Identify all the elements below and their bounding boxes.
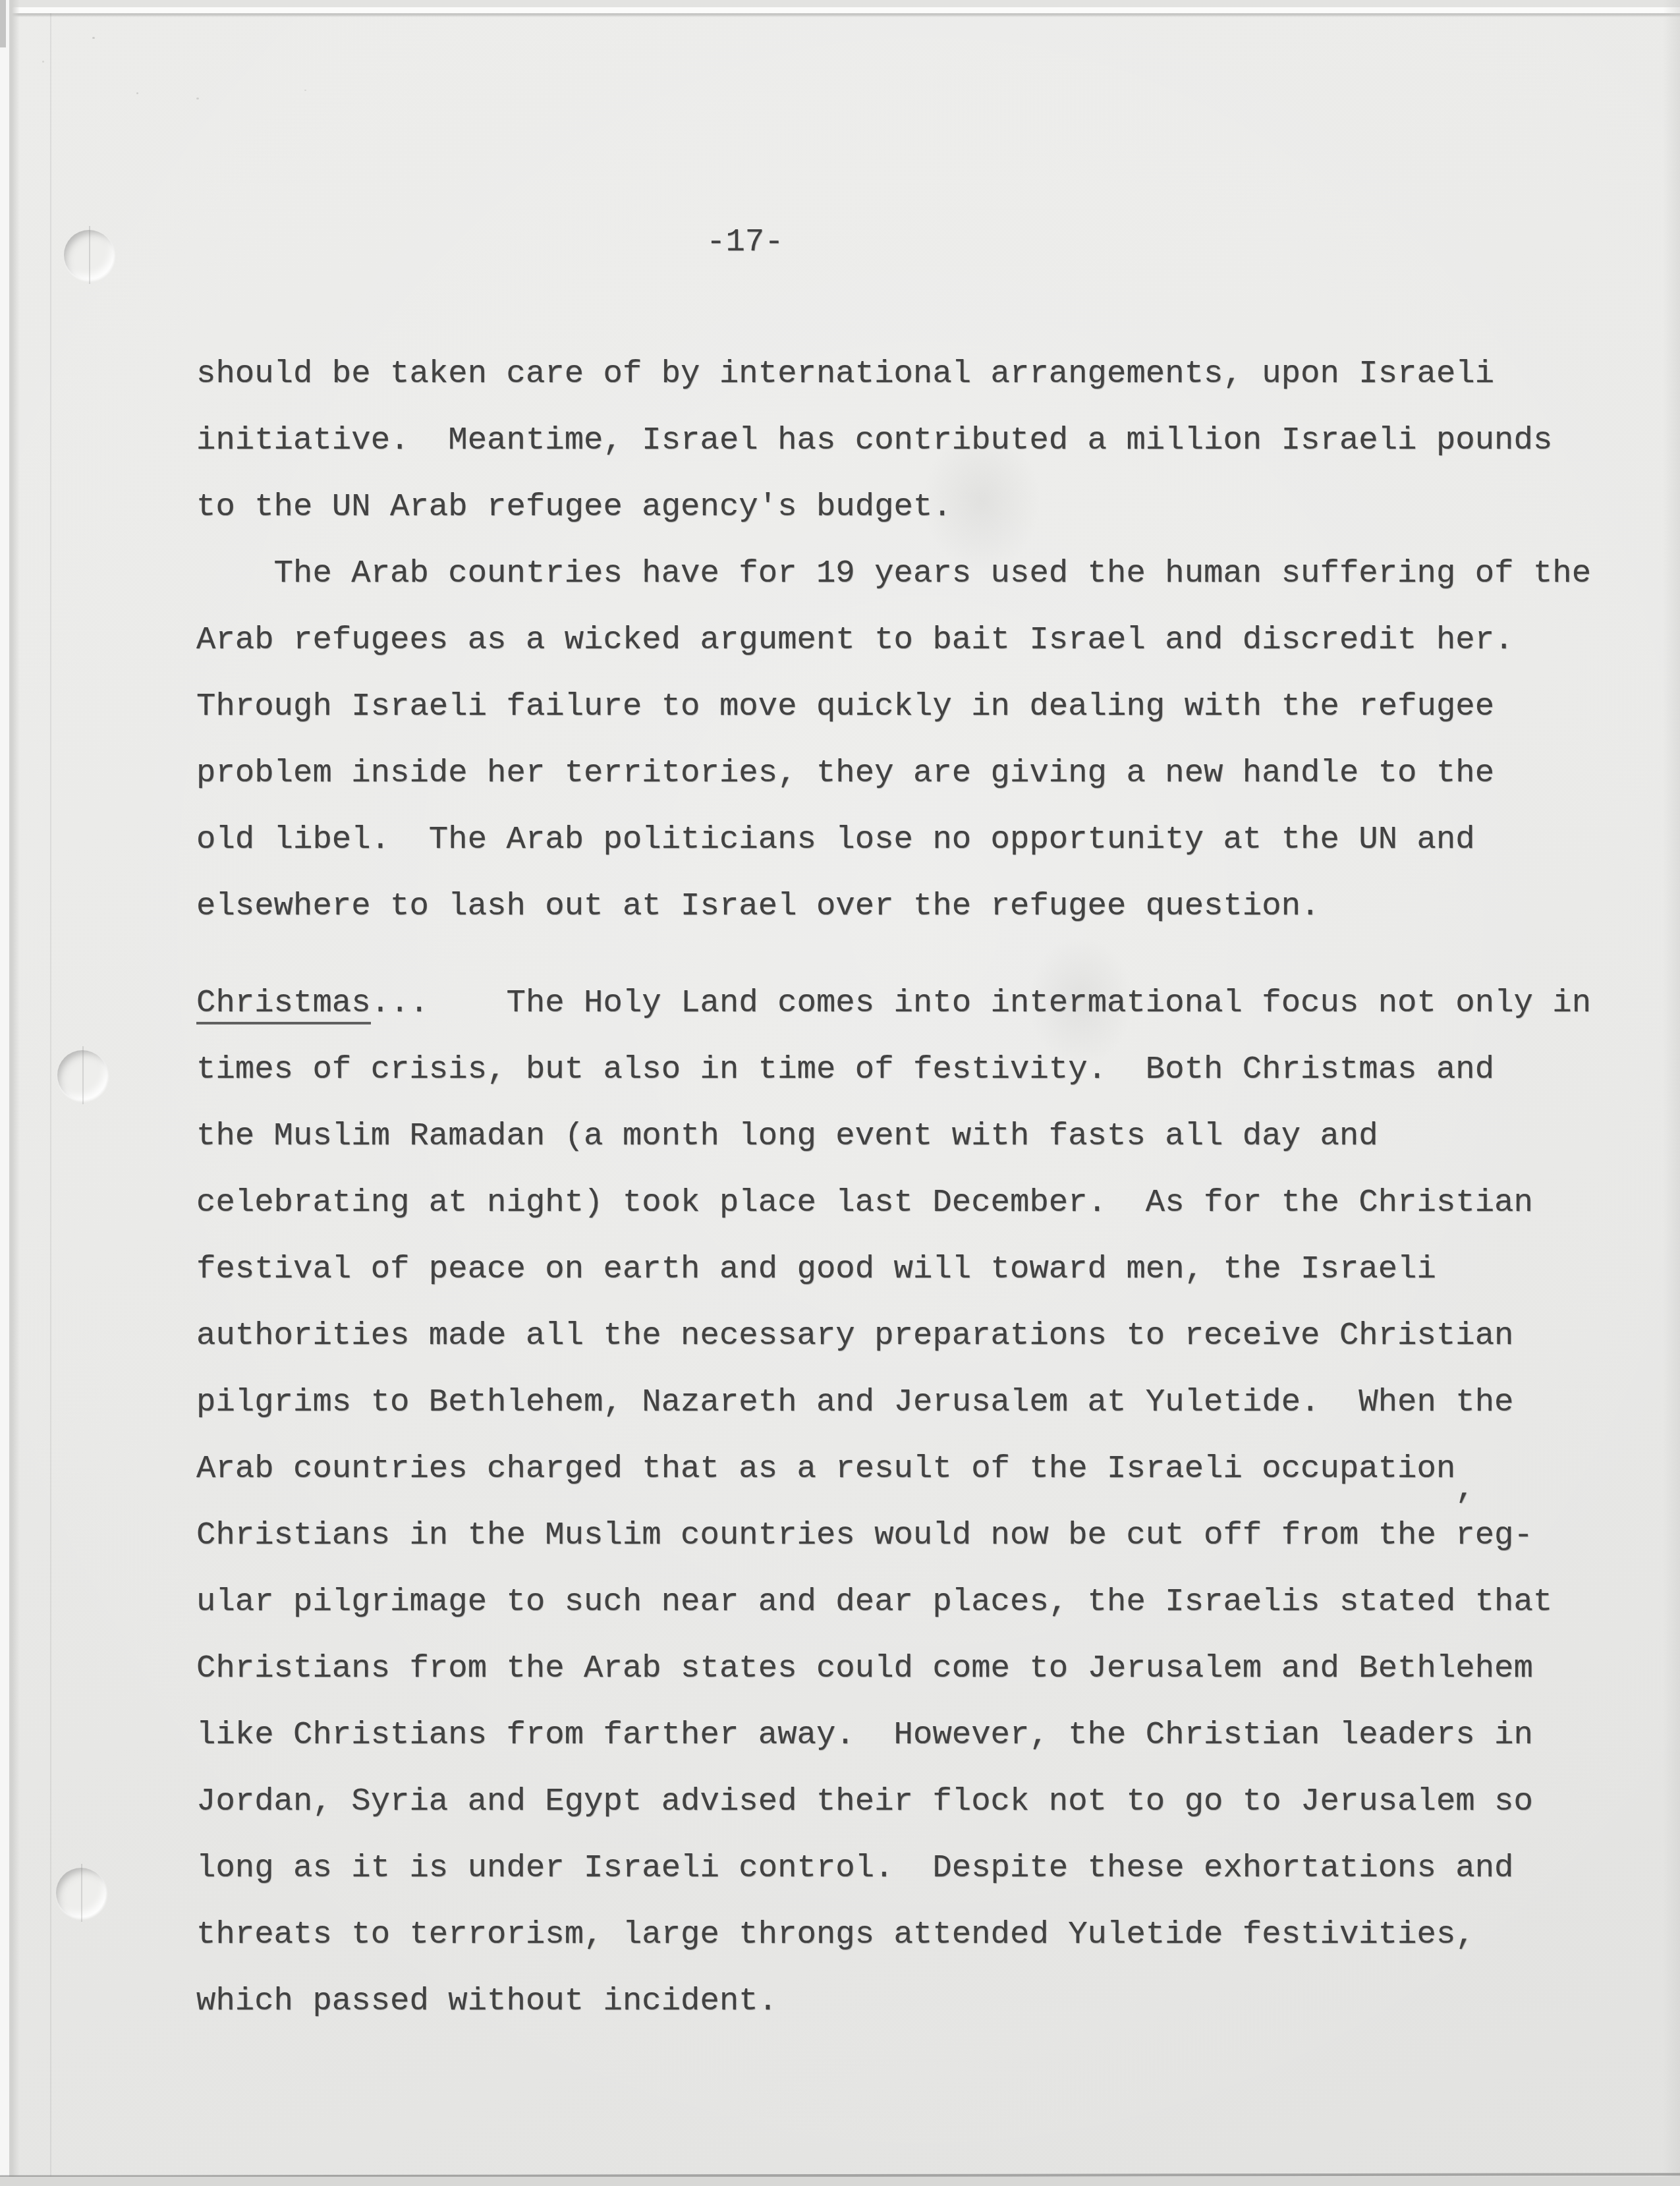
- paper-crease: [50, 13, 51, 2178]
- text-segment: times of crisis, but also in time of fes…: [196, 1051, 1494, 1088]
- text-segment: elsewhere to lash out at Israel over the…: [196, 887, 1320, 924]
- text-segment: Christians from the Arab states could co…: [196, 1650, 1533, 1687]
- text-segment: threats to terrorism, large throngs atte…: [196, 1916, 1475, 1953]
- text-segment: the Muslim Ramadan (a month long event w…: [196, 1117, 1378, 1154]
- hole-punch: [56, 1868, 106, 1918]
- text-segment: festival of peace on earth and good will…: [196, 1250, 1436, 1287]
- text-line: to the UN Arab refugee agency's budget.: [196, 474, 1646, 540]
- text-segment: Through Israeli failure to move quickly …: [196, 688, 1494, 725]
- text-line: Christmas... The Holy Land comes into in…: [196, 970, 1646, 1036]
- page-number: -17-: [706, 209, 784, 275]
- text-line: elsewhere to lash out at Israel over the…: [196, 873, 1646, 939]
- dust-speck: [304, 90, 306, 91]
- text-segment: Christians in the Muslim countries would…: [196, 1517, 1533, 1554]
- text-line: like Christians from farther away. Howev…: [196, 1702, 1646, 1768]
- text-line: old libel. The Arab politicians lose no …: [196, 806, 1646, 873]
- text-line: Arab refugees as a wicked argument to ba…: [196, 607, 1646, 673]
- dust-speck: [136, 92, 138, 94]
- dust-speck: [196, 98, 199, 99]
- text-segment: celebrating at night) took place last De…: [196, 1184, 1533, 1221]
- text-line: threats to terrorism, large throngs atte…: [196, 1901, 1646, 1968]
- paper-edge-left: [0, 0, 20, 2186]
- text-line: authorities made all the necessary prepa…: [196, 1303, 1646, 1369]
- text-segment: The Arab countries have for 19 years use…: [196, 555, 1591, 592]
- document-page: -17- should be taken care of by internat…: [0, 0, 1680, 2186]
- text-line: Christians in the Muslim countries would…: [196, 1502, 1646, 1569]
- text-segment: pilgrims to Bethlehem, Nazareth and Jeru…: [196, 1384, 1514, 1420]
- text-segment: which passed without incident.: [196, 1982, 777, 2019]
- text-line: Christians from the Arab states could co…: [196, 1635, 1646, 1702]
- text-segment: Arab countries charged that as a result …: [196, 1450, 1455, 1487]
- dropped-comma: ,: [1455, 1470, 1474, 1507]
- dust-speck: [92, 37, 95, 39]
- text-line: festival of peace on earth and good will…: [196, 1236, 1646, 1303]
- underlined-text: Christmas: [196, 984, 371, 1024]
- hole-punch: [64, 230, 114, 280]
- text-segment: long as it is under Israeli control. Des…: [196, 1849, 1514, 1886]
- text-line: Through Israeli failure to move quickly …: [196, 673, 1646, 740]
- hole-punch: [57, 1050, 107, 1100]
- text-line: Arab countries charged that as a result …: [196, 1436, 1646, 1502]
- text-segment: Jordan, Syria and Egypt advised their fl…: [196, 1783, 1533, 1820]
- text-segment: like Christians from farther away. Howev…: [196, 1716, 1533, 1753]
- text-line: The Arab countries have for 19 years use…: [196, 540, 1646, 607]
- text-segment: authorities made all the necessary prepa…: [196, 1317, 1514, 1354]
- paper-edge-bottom: [0, 2177, 1680, 2186]
- text-line: problem inside her territories, they are…: [196, 740, 1646, 806]
- text-line: celebrating at night) took place last De…: [196, 1169, 1646, 1236]
- text-line: ular pilgrimage to such near and dear pl…: [196, 1569, 1646, 1635]
- text-line: the Muslim Ramadan (a month long event w…: [196, 1103, 1646, 1169]
- text-line: long as it is under Israeli control. Des…: [196, 1835, 1646, 1901]
- text-line: pilgrims to Bethlehem, Nazareth and Jeru…: [196, 1369, 1646, 1436]
- text-segment: ... The Holy Land comes into intermation…: [371, 984, 1592, 1021]
- text-line: should be taken care of by international…: [196, 341, 1646, 407]
- paper-edge-top: [0, 0, 1680, 17]
- text-segment: should be taken care of by international…: [196, 355, 1494, 392]
- text-line: times of crisis, but also in time of fes…: [196, 1036, 1646, 1103]
- body-text: should be taken care of by international…: [196, 341, 1646, 2034]
- text-segment: Arab refugees as a wicked argument to ba…: [196, 621, 1514, 658]
- text-segment: ular pilgrimage to such near and dear pl…: [196, 1583, 1552, 1620]
- paper-edge-right: [1663, 0, 1680, 2186]
- text-line: initiative. Meantime, Israel has contrib…: [196, 407, 1646, 474]
- text-segment: old libel. The Arab politicians lose no …: [196, 821, 1475, 858]
- text-segment: initiative. Meantime, Israel has contrib…: [196, 422, 1552, 459]
- text-segment: problem inside her territories, they are…: [196, 754, 1494, 791]
- scan-corner-mark: [0, 0, 6, 47]
- text-segment: to the UN Arab refugee agency's budget.: [196, 488, 952, 525]
- dust-speck: [42, 61, 44, 63]
- text-line: Jordan, Syria and Egypt advised their fl…: [196, 1768, 1646, 1835]
- text-line: which passed without incident.: [196, 1968, 1646, 2034]
